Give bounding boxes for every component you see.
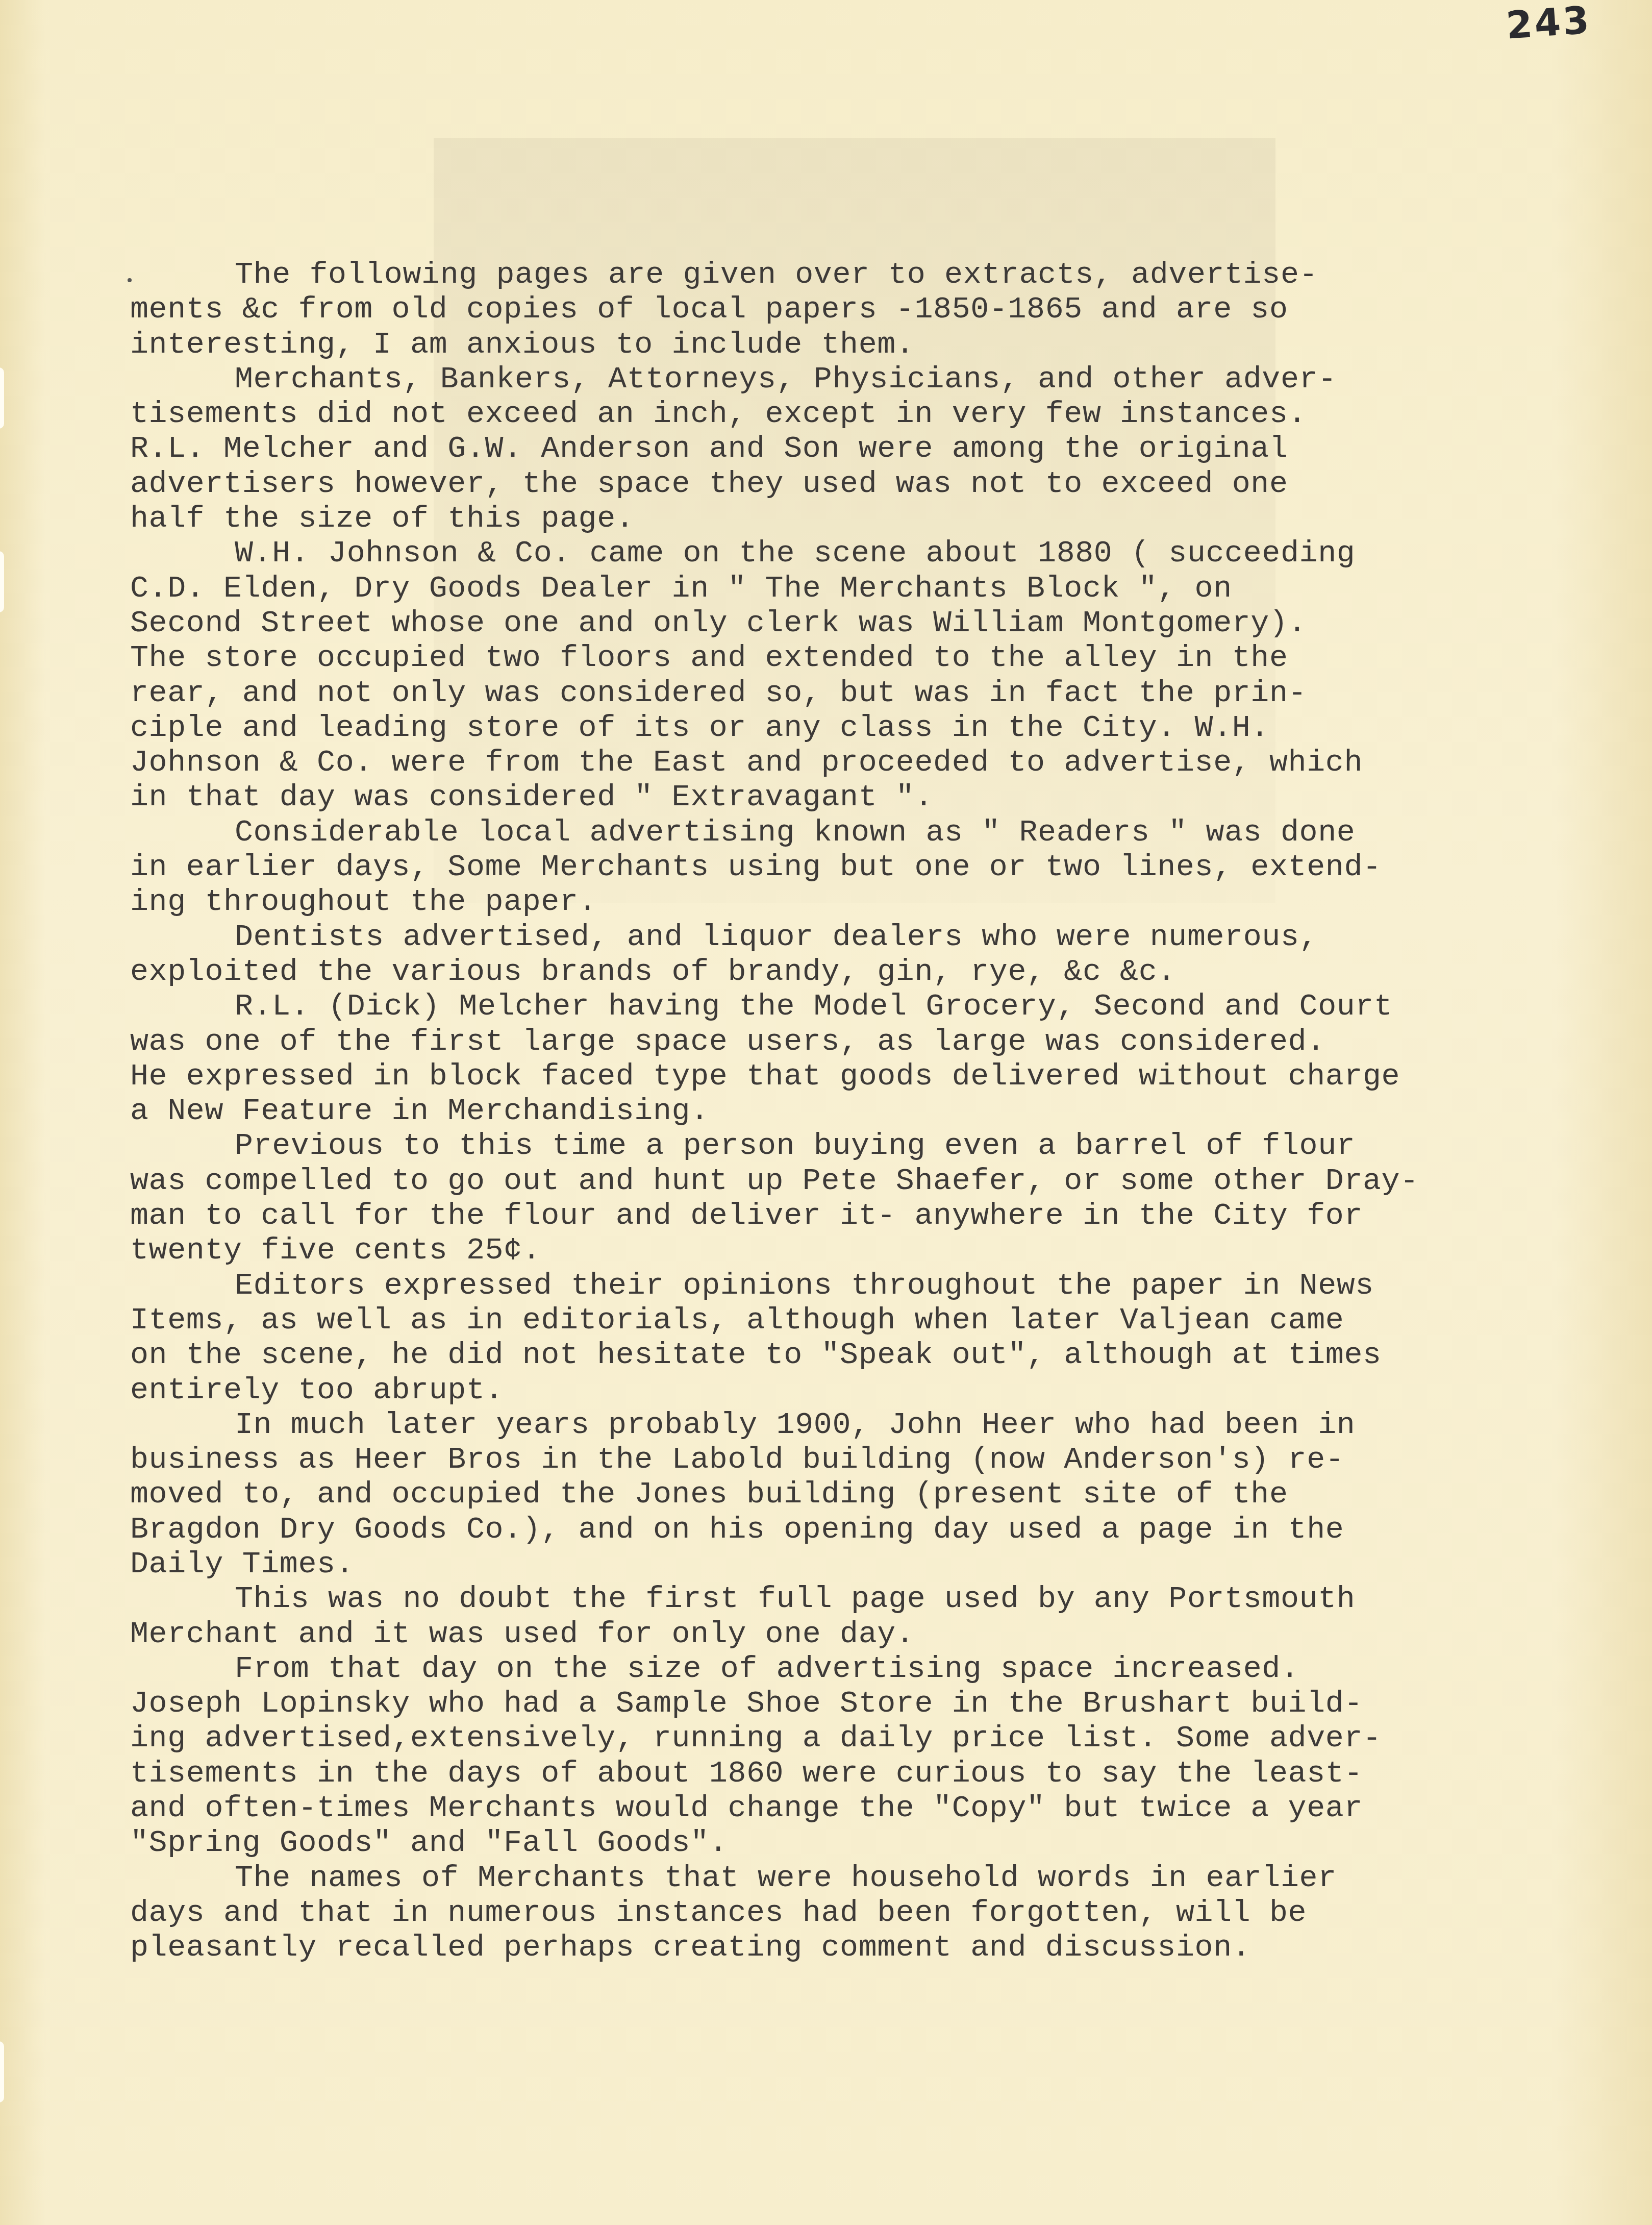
- text-line: Items, as well as in editorials, althoug…: [130, 1303, 1589, 1338]
- paragraph: Considerable local advertising known as …: [130, 815, 1589, 920]
- text-line: in that day was considered " Extravagant…: [130, 780, 1589, 815]
- paragraph: The names of Merchants that were househo…: [130, 1861, 1589, 1966]
- text-line: ments &c from old copies of local papers…: [130, 292, 1589, 327]
- text-line: half the size of this page.: [130, 502, 1589, 536]
- text-line: The names of Merchants that were househo…: [130, 1861, 1589, 1896]
- text-line: R.L. (Dick) Melcher having the Model Gro…: [130, 990, 1589, 1024]
- text-line: Daily Times.: [130, 1547, 1589, 1582]
- text-line: days and that in numerous instances had …: [130, 1896, 1589, 1931]
- text-line: was one of the first large space users, …: [130, 1025, 1589, 1059]
- handwritten-page-number: 243: [1505, 0, 1592, 48]
- paragraph: In much later years probably 1900, John …: [130, 1408, 1589, 1582]
- text-line: Joseph Lopinsky who had a Sample Shoe St…: [130, 1687, 1589, 1721]
- text-line: The following pages are given over to ex…: [130, 258, 1589, 292]
- text-line: man to call for the flour and deliver it…: [130, 1199, 1589, 1233]
- text-line: on the scene, he did not hesitate to "Sp…: [130, 1338, 1589, 1373]
- text-line: pleasantly recalled perhaps creating com…: [130, 1931, 1589, 1965]
- text-line: exploited the various brands of brandy, …: [130, 955, 1589, 990]
- paragraph: Editors expressed their opinions through…: [130, 1269, 1589, 1408]
- binder-hole-mark: [0, 551, 4, 612]
- text-line: Merchants, Bankers, Attorneys, Physician…: [130, 362, 1589, 397]
- text-line: entirely too abrupt.: [130, 1373, 1589, 1408]
- binder-hole-mark: [0, 2041, 4, 2103]
- text-line: business as Heer Bros in the Labold buil…: [130, 1443, 1589, 1477]
- text-line: a New Feature in Merchandising.: [130, 1094, 1589, 1129]
- text-line: R.L. Melcher and G.W. Anderson and Son w…: [130, 432, 1589, 466]
- text-line: Editors expressed their opinions through…: [130, 1269, 1589, 1303]
- paragraph: Dentists advertised, and liquor dealers …: [130, 920, 1589, 990]
- paragraph: From that day on the size of advertising…: [130, 1652, 1589, 1861]
- text-line: rear, and not only was considered so, bu…: [130, 676, 1589, 711]
- text-line: W.H. Johnson & Co. came on the scene abo…: [130, 536, 1589, 571]
- text-line: This was no doubt the first full page us…: [130, 1582, 1589, 1617]
- text-line: Merchant and it was used for only one da…: [130, 1617, 1589, 1652]
- text-line: interesting, I am anxious to include the…: [130, 328, 1589, 362]
- text-line: in earlier days, Some Merchants using bu…: [130, 850, 1589, 885]
- text-line: moved to, and occupied the Jones buildin…: [130, 1477, 1589, 1512]
- text-line: advertisers however, the space they used…: [130, 467, 1589, 502]
- typed-document-page: 243 The following pages are given over t…: [0, 0, 1652, 2225]
- text-line: tisements did not exceed an inch, except…: [130, 397, 1589, 432]
- text-line: He expressed in block faced type that go…: [130, 1059, 1589, 1094]
- paragraph: W.H. Johnson & Co. came on the scene abo…: [130, 536, 1589, 815]
- text-line: tisements in the days of about 1860 were…: [130, 1757, 1589, 1791]
- text-line: From that day on the size of advertising…: [130, 1652, 1589, 1687]
- text-line: and often-times Merchants would change t…: [130, 1791, 1589, 1826]
- text-line: C.D. Elden, Dry Goods Dealer in " The Me…: [130, 572, 1589, 606]
- paragraph: This was no doubt the first full page us…: [130, 1582, 1589, 1652]
- binder-hole-mark: [0, 367, 4, 429]
- paragraph: R.L. (Dick) Melcher having the Model Gro…: [130, 990, 1589, 1129]
- text-line: The store occupied two floors and extend…: [130, 641, 1589, 676]
- text-line: Johnson & Co. were from the East and pro…: [130, 746, 1589, 780]
- text-line: Second Street whose one and only clerk w…: [130, 606, 1589, 641]
- text-line: Considerable local advertising known as …: [130, 815, 1589, 850]
- text-line: ciple and leading store of its or any cl…: [130, 711, 1589, 746]
- text-line: twenty five cents 25¢.: [130, 1233, 1589, 1268]
- text-line: Dentists advertised, and liquor dealers …: [130, 920, 1589, 955]
- text-line: ing advertised,extensively, running a da…: [130, 1721, 1589, 1756]
- paragraph: The following pages are given over to ex…: [130, 258, 1589, 362]
- text-line: Bragdon Dry Goods Co.), and on his openi…: [130, 1513, 1589, 1547]
- text-line: In much later years probably 1900, John …: [130, 1408, 1589, 1443]
- text-line: Previous to this time a person buying ev…: [130, 1129, 1589, 1164]
- paragraph: Previous to this time a person buying ev…: [130, 1129, 1589, 1268]
- document-body: The following pages are given over to ex…: [130, 258, 1589, 1966]
- text-line: "Spring Goods" and "Fall Goods".: [130, 1826, 1589, 1861]
- text-line: was compelled to go out and hunt up Pete…: [130, 1164, 1589, 1199]
- paragraph: Merchants, Bankers, Attorneys, Physician…: [130, 362, 1589, 536]
- text-line: ing throughout the paper.: [130, 885, 1589, 920]
